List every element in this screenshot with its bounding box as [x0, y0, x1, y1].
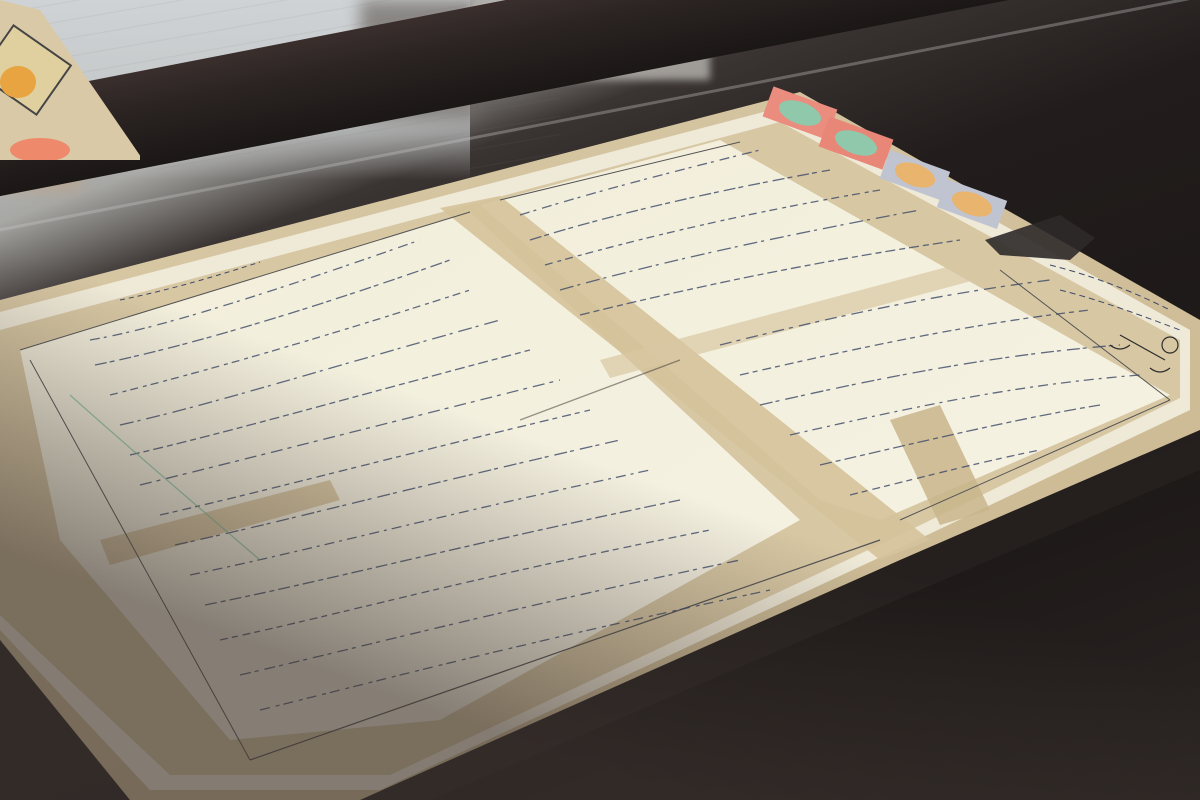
display-case-scene: [0, 0, 1200, 800]
case-floor-shadow: [0, 0, 1200, 800]
